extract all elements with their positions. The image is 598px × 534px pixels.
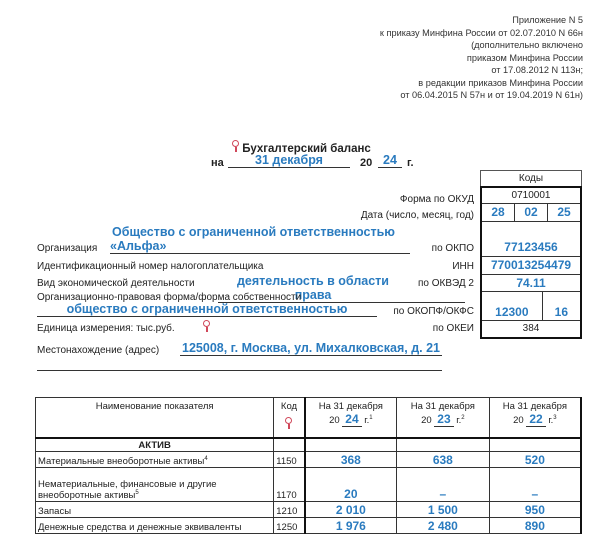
code-okfs: 16 xyxy=(542,292,580,320)
org-label: Организация xyxy=(37,243,97,254)
period-century: 20 xyxy=(513,415,524,426)
pin-icon xyxy=(285,417,292,429)
header-line: от 17.08.2012 N 113н; xyxy=(380,64,583,77)
code-okopf: 12300 xyxy=(482,292,542,320)
period-century: 20 xyxy=(421,415,432,426)
col-name-header: Наименование показателя xyxy=(36,398,274,438)
col-period-3: На 31 декабря20 22 г.3 xyxy=(489,398,581,438)
empty-cell xyxy=(396,438,489,452)
row-name: Нематериальные, финансовые и другие внео… xyxy=(36,468,274,502)
activity-label: Вид экономической деятельности xyxy=(37,278,195,289)
row-value-2024: 2 010 xyxy=(305,502,397,518)
table-row: Нематериальные, финансовые и другие внео… xyxy=(36,468,582,502)
code-inn: 770013254479 xyxy=(482,257,580,274)
row-value-2022: 950 xyxy=(489,502,581,518)
date-line-prefix: на xyxy=(211,157,224,169)
pin-icon xyxy=(232,140,239,152)
header-line: приказом Минфина России xyxy=(380,52,583,65)
row-value-2024: 368 xyxy=(305,452,397,468)
row-value-2022: 890 xyxy=(489,518,581,534)
header-line: к приказу Минфина России от 02.07.2010 N… xyxy=(380,27,583,40)
header-line: в редакции приказов Минфина России xyxy=(380,77,583,90)
header-line: от 06.04.2015 N 57н и от 19.04.2019 N 61… xyxy=(380,89,583,102)
codes-box: Коды 0710001 28 02 25 77123456 770013254… xyxy=(480,170,582,339)
section-header: АКТИВ xyxy=(36,438,274,452)
row-value-2023: 2 480 xyxy=(396,518,489,534)
code-date-year: 25 xyxy=(547,204,580,221)
row-code: 1250 xyxy=(274,518,305,534)
okopf-label: по ОКОПФ/ОКФС xyxy=(393,306,474,317)
date-label: Дата (число, месяц, год) xyxy=(361,210,474,221)
pin-icon-wrap xyxy=(203,319,210,337)
row-name-text: Материальные внеоборотные активы xyxy=(38,456,204,467)
row-value-2024: 20 xyxy=(305,468,397,502)
legal-form-value: общество с ограниченной ответственностью xyxy=(37,302,377,317)
row-value-2023: 638 xyxy=(396,452,489,468)
row-value-2022: – xyxy=(489,468,581,502)
row-name: Запасы xyxy=(36,502,274,518)
okei-label: по ОКЕИ xyxy=(433,323,474,334)
row-value-2023: 1 500 xyxy=(396,502,489,518)
period-note: 3 xyxy=(553,415,556,421)
row-name-text: Нематериальные, финансовые и другие внео… xyxy=(38,479,217,501)
row-value-2024: 1 976 xyxy=(305,518,397,534)
period-label: На 31 декабря xyxy=(319,401,383,412)
date-line-suffix: г. xyxy=(407,157,414,169)
org-name-line1: Общество с ограниченной ответственностью xyxy=(112,225,395,239)
row-value-2022: 520 xyxy=(489,452,581,468)
period-note: 2 xyxy=(461,415,464,421)
okud-label: Форма по ОКУД xyxy=(400,194,474,205)
row-name: Материальные внеоборотные активы4 xyxy=(36,452,274,468)
period-year: 23 xyxy=(434,412,453,427)
address-value: 125008, г. Москва, ул. Михалковская, д. … xyxy=(180,341,442,356)
empty-cell xyxy=(305,438,397,452)
okpo-label: по ОКПО xyxy=(432,243,474,254)
period-label: На 31 декабря xyxy=(411,401,475,412)
table-row: Материальные внеоборотные активы41150368… xyxy=(36,452,582,468)
col-period-2: На 31 декабря20 23 г.2 xyxy=(396,398,489,438)
address-label: Местонахождение (адрес) xyxy=(37,345,159,356)
table-row: Запасы12102 0101 500950 xyxy=(36,502,582,518)
org-name-line2: «Альфа» xyxy=(110,239,410,254)
row-note: 5 xyxy=(135,490,138,496)
col-code-header: Код xyxy=(274,398,305,438)
row-name-text: Денежные средства и денежные эквиваленты xyxy=(38,522,242,533)
date-line-century: 20 xyxy=(360,157,372,169)
col-code-text: Код xyxy=(281,401,297,412)
table-row: Денежные средства и денежные эквиваленты… xyxy=(36,518,582,534)
period-label: На 31 декабря xyxy=(503,401,567,412)
header-note: Приложение N 5 к приказу Минфина России … xyxy=(380,14,583,102)
period-year: 22 xyxy=(526,412,545,427)
header-line: (дополнительно включено xyxy=(380,39,583,52)
col-period-1: На 31 декабря20 24 г.1 xyxy=(305,398,397,438)
code-date-month: 02 xyxy=(514,204,547,221)
code-okei: 384 xyxy=(482,321,580,337)
code-date-day: 28 xyxy=(482,204,514,221)
okved-label: по ОКВЭД 2 xyxy=(418,278,474,289)
empty-cell xyxy=(274,438,305,452)
period-note: 1 xyxy=(369,415,372,421)
period-year: 24 xyxy=(342,412,361,427)
row-code: 1150 xyxy=(274,452,305,468)
unit-label: Единица измерения: тыс.руб. xyxy=(37,323,175,334)
row-name: Денежные средства и денежные эквиваленты xyxy=(36,518,274,534)
inn-label: ИНН xyxy=(452,261,474,272)
empty-cell xyxy=(489,438,581,452)
period-century: 20 xyxy=(329,415,340,426)
balance-table: Наименование показателя Код На 31 декабр… xyxy=(35,397,582,534)
code-okpo: 77123456 xyxy=(482,222,580,256)
row-code: 1170 xyxy=(274,468,305,502)
pin-icon xyxy=(203,320,210,332)
row-value-2023: – xyxy=(396,468,489,502)
row-name-text: Запасы xyxy=(38,506,71,517)
date-line-year: 24 xyxy=(378,153,402,168)
address-line2 xyxy=(37,358,442,371)
code-okud: 0710001 xyxy=(482,188,580,203)
date-line-day-month: 31 декабря xyxy=(228,153,350,168)
row-code: 1210 xyxy=(274,502,305,518)
codes-header: Коды xyxy=(480,170,582,186)
header-line: Приложение N 5 xyxy=(380,14,583,27)
code-okved: 74.11 xyxy=(482,275,580,291)
inn-description: Идентификационный номер налогоплательщик… xyxy=(37,261,263,272)
row-note: 4 xyxy=(204,456,207,462)
